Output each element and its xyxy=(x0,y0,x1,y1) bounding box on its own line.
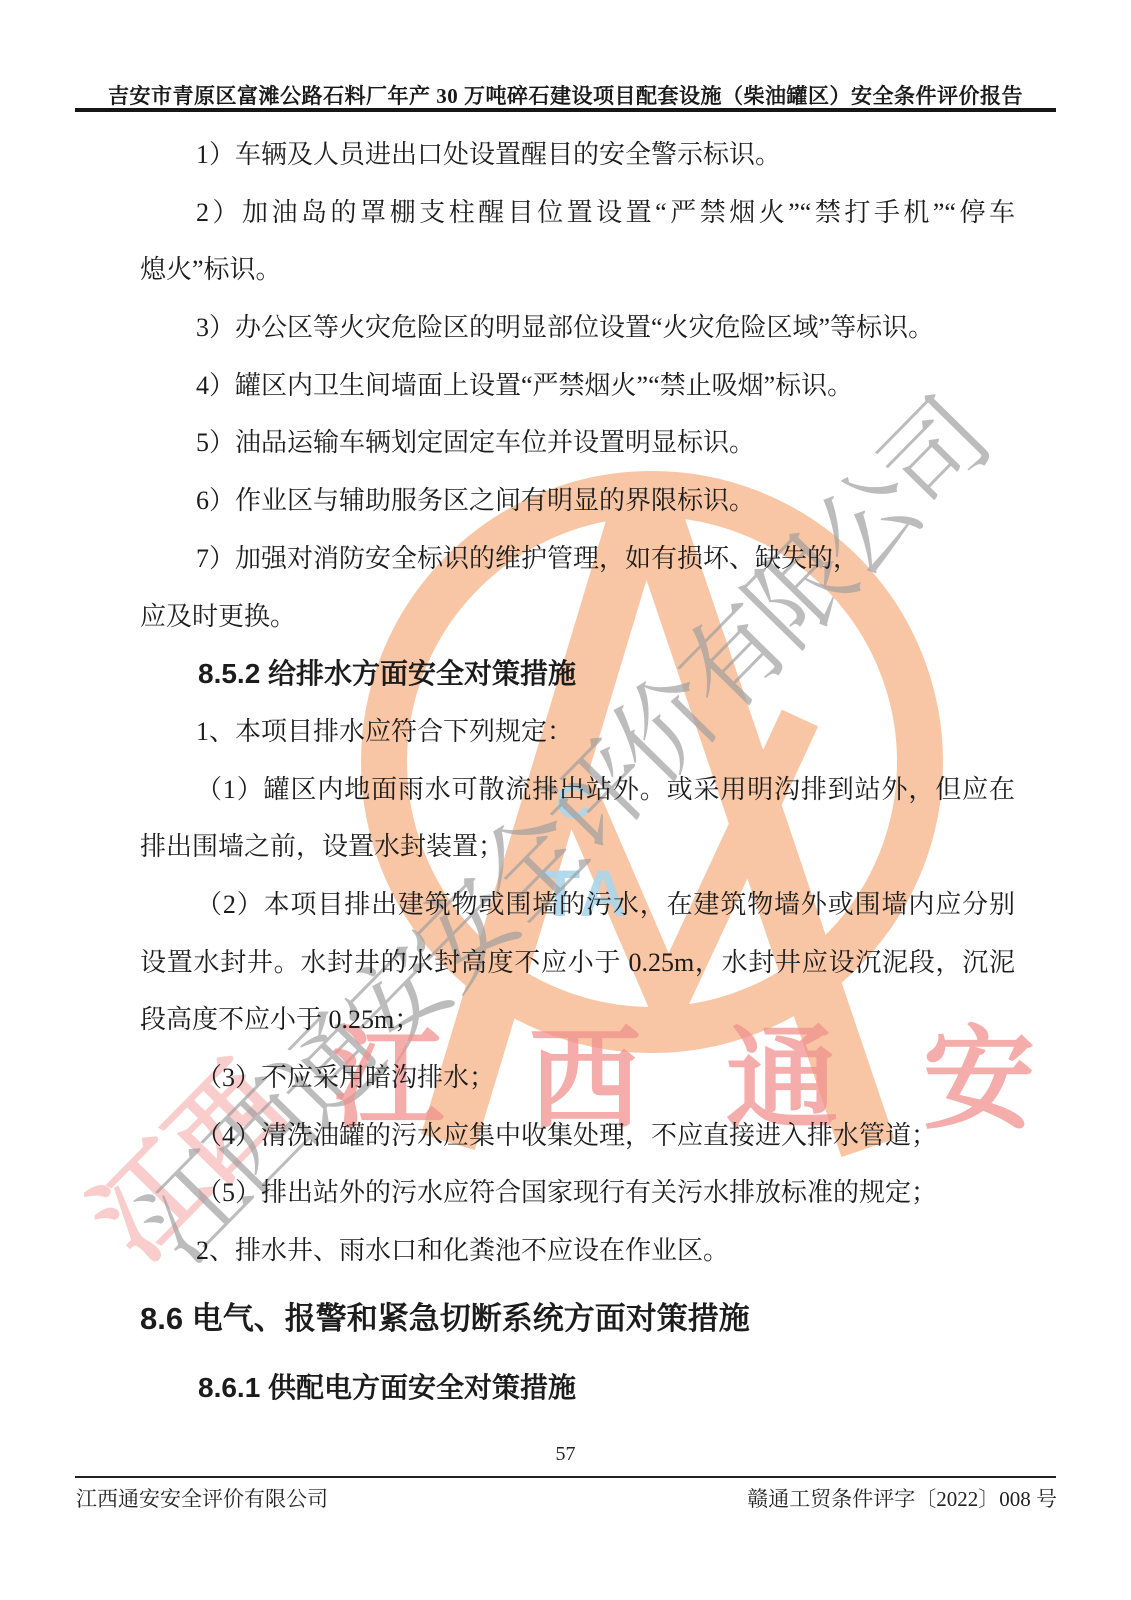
body-line: （2）本项目排出建筑物或围墙的污水，在建筑物墙外或围墙内应分别 xyxy=(140,876,1015,934)
section-heading-8-6-1: 8.6.1 供配电方面安全对策措施 xyxy=(140,1359,1015,1417)
body-line: （5）排出站外的污水应符合国家现行有关污水排放标准的规定； xyxy=(140,1164,1015,1222)
body-line: 应及时更换。 xyxy=(140,588,1015,646)
body-line: （1）罐区内地面雨水可散流排出站外。或采用明沟排到站外，但应在 xyxy=(140,761,1015,819)
body-line: （4）清洗油罐的污水应集中收集处理，不应直接进入排水管道； xyxy=(140,1107,1015,1165)
body-line: 排出围墙之前，设置水封装置； xyxy=(140,818,1015,876)
body-line: 1）车辆及人员进出口处设置醒目的安全警示标识。 xyxy=(140,126,1015,184)
body-line: 2）加油岛的罩棚支柱醒目位置设置“严禁烟火”“禁打手机”“停车 xyxy=(140,184,1015,242)
body-line: 2、排水井、雨水口和化粪池不应设在作业区。 xyxy=(140,1222,1015,1280)
page-number: 57 xyxy=(0,1443,1131,1466)
footer-company: 江西通安安全评价有限公司 xyxy=(76,1483,328,1513)
footer-doc-number: 赣通工贸条件评字〔2022〕008 号 xyxy=(747,1483,1057,1513)
body-line: 4）罐区内卫生间墙面上设置“严禁烟火”“禁止吸烟”标识。 xyxy=(140,357,1015,415)
body-line: 6）作业区与辅助服务区之间有明显的界限标识。 xyxy=(140,472,1015,530)
body-line: 段高度不应小于 0.25m； xyxy=(140,991,1015,1049)
body-line: 5）油品运输车辆划定固定车位并设置明显标识。 xyxy=(140,414,1015,472)
body-text: 1）车辆及人员进出口处设置醒目的安全警示标识。 2）加油岛的罩棚支柱醒目位置设置… xyxy=(140,126,1015,1417)
document-page: C TA 江西 江西通安安全评价有限公司 江西通安 吉安市青原区富滩公路石料厂年… xyxy=(0,0,1131,1600)
body-line: 1、本项目排水应符合下列规定： xyxy=(140,703,1015,761)
section-heading-8-5-2: 8.5.2 给排水方面安全对策措施 xyxy=(140,645,1015,703)
body-line: 7）加强对消防安全标识的维护管理，如有损坏、缺失的， xyxy=(140,530,1015,588)
section-heading-8-6: 8.6 电气、报警和紧急切断系统方面对策措施 xyxy=(140,1290,1015,1348)
footer-rule xyxy=(75,1476,1056,1478)
body-line: 3）办公区等火灾危险区的明显部位设置“火灾危险区域”等标识。 xyxy=(140,299,1015,357)
body-line: （3）不应采用暗沟排水； xyxy=(140,1049,1015,1107)
body-line: 设置水封井。水封井的水封高度不应小于 0.25m，水封井应设沉泥段，沉泥 xyxy=(140,934,1015,992)
body-line: 熄火”标识。 xyxy=(140,241,1015,299)
